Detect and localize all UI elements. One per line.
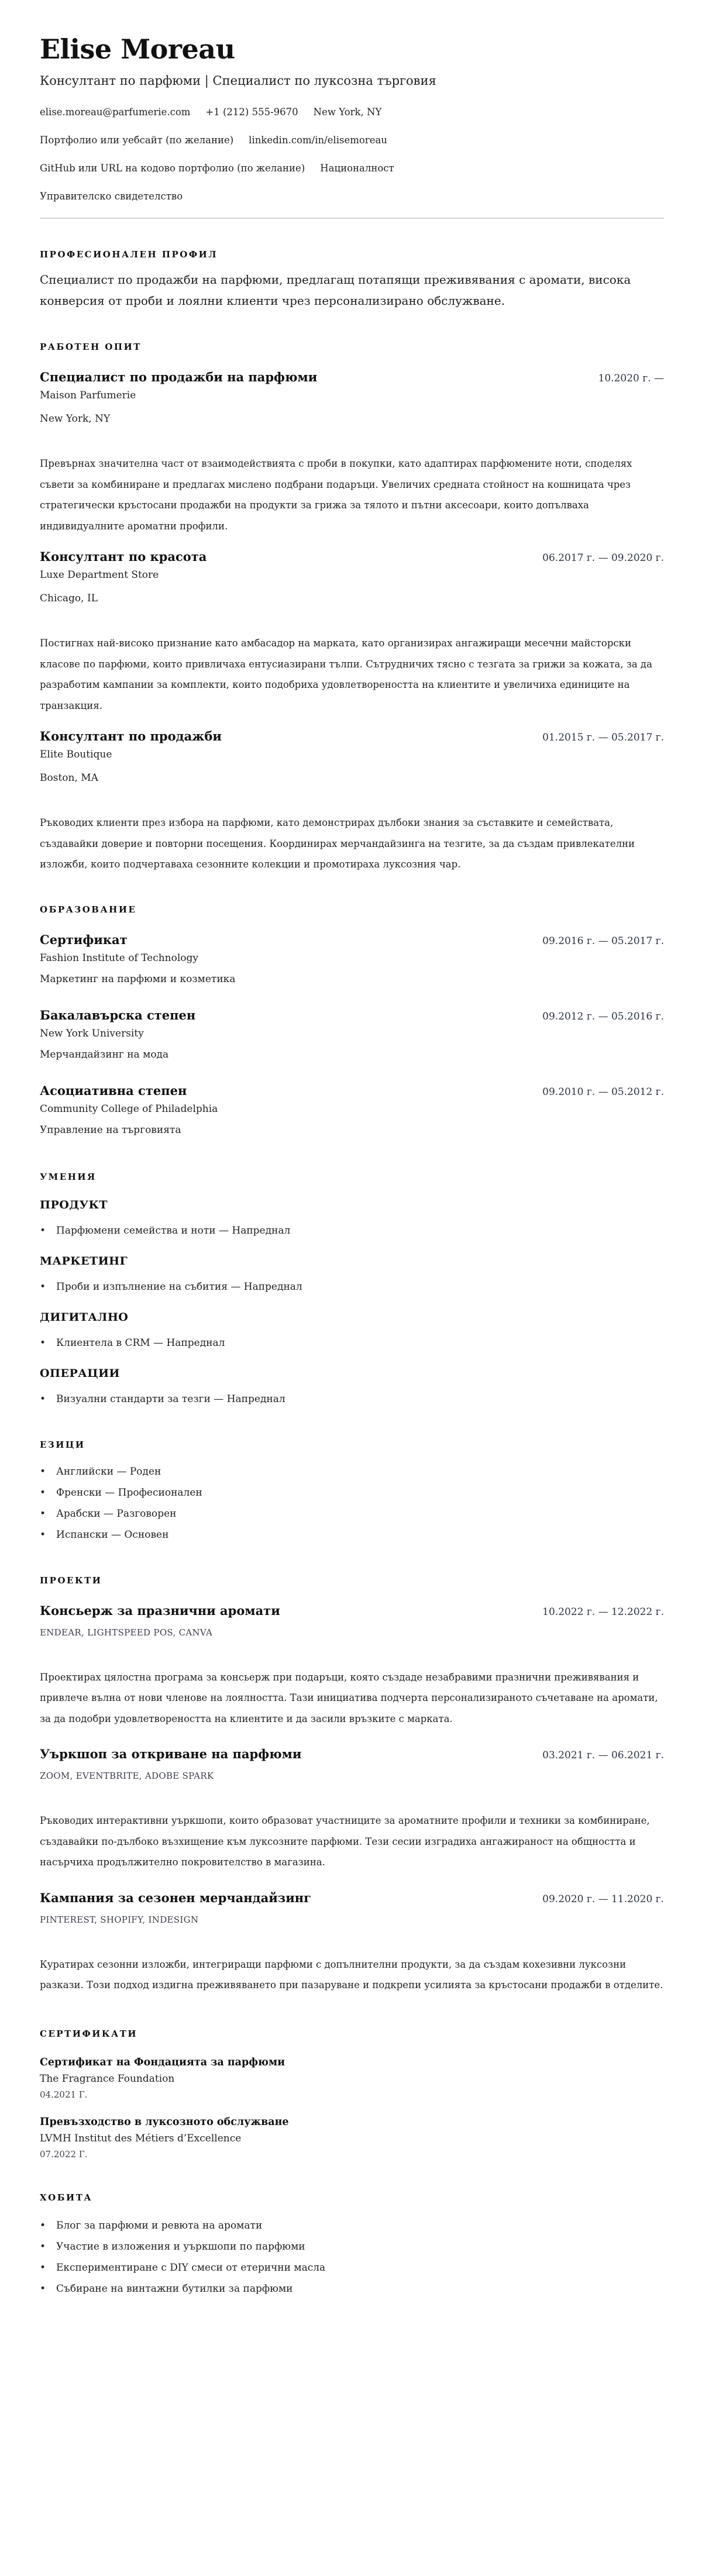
job-dates: 01.2015 г. — 05.2017 г.	[542, 732, 664, 743]
certificates-section: СЕРТИФИКАТИ Сертификат на Фондацията за …	[40, 2029, 664, 2160]
language-item: Френски — Професионален	[40, 1485, 664, 1500]
hobbies-section: ХОБИТА Блог за парфюми и ревюта на арома…	[40, 2192, 664, 2296]
project-title: Консьерж за празнични аромати	[40, 1603, 280, 1618]
skill-group: ОПЕРАЦИИ Визуални стандарти за тезги — Н…	[40, 1367, 664, 1407]
experience-item: Консултант по продажби 01.2015 г. — 05.2…	[40, 729, 664, 875]
school-name: Community College of Philadelphia	[40, 1101, 664, 1117]
certificate-item: Сертификат на Фондацията за парфюми The …	[40, 2057, 664, 2100]
profile-section: ПРОФЕСИОНАЛЕН ПРОФИЛ Специалист по прода…	[40, 249, 664, 311]
entry-header: Специалист по продажби на парфюми 10.202…	[40, 370, 664, 384]
section-heading-hobbies: ХОБИТА	[40, 2192, 664, 2203]
company-name: Luxe Department Store	[40, 567, 664, 583]
project-title: Кампания за сезонен мерчандайзинг	[40, 1890, 311, 1905]
project-dates: 10.2022 г. — 12.2022 г.	[542, 1606, 664, 1618]
entry-header: Кампания за сезонен мерчандайзинг 09.202…	[40, 1890, 664, 1905]
education-dates: 09.2012 г. — 05.2016 г.	[542, 1011, 664, 1022]
entry-header: Уъркшоп за откриване на парфюми 03.2021 …	[40, 1747, 664, 1761]
location-text: New York, NY	[314, 106, 382, 118]
languages-section: ЕЗИЦИ Английски — Роден Френски — Профес…	[40, 1439, 664, 1542]
certificate-title: Сертификат на Фондацията за парфюми	[40, 2057, 664, 2068]
project-description: Проектирах цялостна програма за консьерж…	[40, 1667, 664, 1730]
project-description: Куратирах сезонни изложби, интегриращи п…	[40, 1954, 664, 1996]
hobby-item: Участие в изложения и уъркшопи по парфюм…	[40, 2239, 664, 2254]
skill-group: ПРОДУКТ Парфюмени семейства и ноти — Нап…	[40, 1199, 664, 1238]
education-item: Бакалавърска степен 09.2012 г. — 05.2016…	[40, 1008, 664, 1062]
school-name: Fashion Institute of Technology	[40, 950, 664, 966]
education-item: Сертификат 09.2016 г. — 05.2017 г. Fashi…	[40, 932, 664, 987]
certificate-date: 04.2021 Г.	[40, 2089, 664, 2100]
section-heading-skills: УМЕНИЯ	[40, 1172, 664, 1182]
company-name: Elite Boutique	[40, 747, 664, 762]
phone-text: +1 (212) 555-9670	[205, 106, 298, 118]
project-dates: 03.2021 г. — 06.2021 г.	[542, 1750, 664, 1761]
language-item: Испански — Основен	[40, 1527, 664, 1542]
job-dates: 06.2017 г. — 09.2020 г.	[542, 552, 664, 564]
job-description: Постигнах най-високо признание като амба…	[40, 633, 664, 716]
project-tech-stack: ENDEAR, LIGHTSPEED POS, CANVA	[40, 1627, 664, 1638]
section-heading-education: ОБРАЗОВАНИЕ	[40, 904, 664, 915]
linkedin-link[interactable]: linkedin.com/in/elisemoreau	[249, 135, 387, 146]
job-location: New York, NY	[40, 411, 664, 426]
project-item: Уъркшоп за откриване на парфюми 03.2021 …	[40, 1747, 664, 1873]
entry-header: Бакалавърска степен 09.2012 г. — 05.2016…	[40, 1008, 664, 1022]
skill-item: Парфюмени семейства и ноти — Напреднал	[40, 1223, 664, 1238]
resume-page: Elise Moreau Консултант по парфюми | Спе…	[0, 0, 702, 2332]
entry-header: Консултант по красота 06.2017 г. — 09.20…	[40, 549, 664, 564]
skill-item: Проби и изпълнение на събития — Напредна…	[40, 1279, 664, 1294]
skills-section: УМЕНИЯ ПРОДУКТ Парфюмени семейства и нот…	[40, 1172, 664, 1407]
hobby-item: Блог за парфюми и ревюта на аромати	[40, 2218, 664, 2233]
profile-summary: Специалист по продажби на парфюми, предл…	[40, 269, 660, 311]
project-item: Кампания за сезонен мерчандайзинг 09.202…	[40, 1890, 664, 1996]
skill-list: Парфюмени семейства и ноти — Напреднал	[40, 1223, 664, 1238]
company-name: Maison Parfumerie	[40, 388, 664, 403]
skill-list: Визуални стандарти за тезги — Напреднал	[40, 1392, 664, 1407]
license-text: Управителско свидетелство	[40, 191, 183, 202]
certificate-issuer: The Fragrance Foundation	[40, 2073, 664, 2085]
job-dates: 10.2020 г. —	[598, 373, 664, 384]
projects-section: ПРОЕКТИ Консьерж за празнични аромати 10…	[40, 1575, 664, 1996]
experience-section: РАБОТЕН ОПИТ Специалист по продажби на п…	[40, 342, 664, 875]
project-dates: 09.2020 г. — 11.2020 г.	[542, 1893, 664, 1905]
entry-header: Консьерж за празнични аромати 10.2022 г.…	[40, 1603, 664, 1618]
experience-item: Консултант по красота 06.2017 г. — 09.20…	[40, 549, 664, 716]
nationality-text: Националност	[320, 163, 394, 174]
hobby-item: Събиране на винтажни бутилки за парфюми	[40, 2281, 664, 2296]
candidate-name: Elise Moreau	[40, 34, 664, 65]
skill-list: Клиентела в CRM — Напреднал	[40, 1335, 664, 1351]
education-dates: 09.2010 г. — 05.2012 г.	[542, 1086, 664, 1098]
job-location: Boston, MA	[40, 770, 664, 786]
job-location: Chicago, IL	[40, 591, 664, 606]
project-item: Консьерж за празнични аромати 10.2022 г.…	[40, 1603, 664, 1730]
experience-item: Специалист по продажби на парфюми 10.202…	[40, 370, 664, 536]
contact-line: GitHub или URL на кодово портфолио (по ж…	[40, 161, 664, 175]
contact-block: elise.moreau@parfumerie.com+1 (212) 555-…	[40, 105, 664, 204]
contact-line: Портфолио или уебсайт (по желание)linked…	[40, 133, 664, 147]
skill-item: Визуални стандарти за тезги — Напреднал	[40, 1392, 664, 1407]
section-heading-certificates: СЕРТИФИКАТИ	[40, 2029, 664, 2039]
certificate-item: Превъзходство в луксозното обслужване LV…	[40, 2116, 664, 2160]
project-description: Ръководих интерактивни уъркшопи, които о…	[40, 1810, 664, 1873]
job-title: Специалист по продажби на парфюми	[40, 370, 317, 384]
job-description: Превърнах значителна част от взаимодейст…	[40, 453, 664, 536]
github-link[interactable]: GitHub или URL на кодово портфолио (по ж…	[40, 163, 305, 174]
section-heading-projects: ПРОЕКТИ	[40, 1575, 664, 1586]
skill-group-name: ДИГИТАЛНО	[40, 1311, 664, 1324]
project-tech-stack: ZOOM, EVENTBRITE, ADOBE SPARK	[40, 1771, 664, 1781]
section-heading-profile: ПРОФЕСИОНАЛЕН ПРОФИЛ	[40, 249, 664, 260]
degree: Бакалавърска степен	[40, 1008, 195, 1022]
entry-header: Сертификат 09.2016 г. — 05.2017 г.	[40, 932, 664, 947]
field-of-study: Мерчандайзинг на мода	[40, 1047, 664, 1062]
section-heading-languages: ЕЗИЦИ	[40, 1439, 664, 1450]
email-link[interactable]: elise.moreau@parfumerie.com	[40, 106, 190, 118]
header-divider	[40, 218, 664, 219]
skill-group-name: МАРКЕТИНГ	[40, 1255, 664, 1268]
field-of-study: Управление на търговията	[40, 1122, 664, 1138]
job-title: Консултант по продажби	[40, 729, 222, 743]
hobby-item: Експериментиране с DIY смеси от етерични…	[40, 2260, 664, 2275]
education-item: Асоциативна степен 09.2010 г. — 05.2012 …	[40, 1083, 664, 1138]
project-tech-stack: PINTEREST, SHOPIFY, INDESIGN	[40, 1914, 664, 1925]
section-heading-experience: РАБОТЕН ОПИТ	[40, 342, 664, 352]
field-of-study: Маркетинг на парфюми и козметика	[40, 972, 664, 987]
certificate-issuer: LVMH Institut des Métiers d’Excellence	[40, 2133, 664, 2144]
job-description: Ръководих клиенти през избора на парфюми…	[40, 812, 664, 875]
certificate-title: Превъзходство в луксозното обслужване	[40, 2116, 664, 2128]
certificate-date: 07.2022 Г.	[40, 2149, 664, 2160]
education-section: ОБРАЗОВАНИЕ Сертификат 09.2016 г. — 05.2…	[40, 904, 664, 1138]
entry-header: Асоциативна степен 09.2010 г. — 05.2012 …	[40, 1083, 664, 1098]
hobby-list: Блог за парфюми и ревюта на аромати Учас…	[40, 2218, 664, 2296]
skill-item: Клиентела в CRM — Напреднал	[40, 1335, 664, 1351]
skill-group-name: ПРОДУКТ	[40, 1199, 664, 1211]
skill-group: ДИГИТАЛНО Клиентела в CRM — Напреднал	[40, 1311, 664, 1351]
entry-header: Консултант по продажби 01.2015 г. — 05.2…	[40, 729, 664, 743]
language-item: Арабски — Разговорен	[40, 1506, 664, 1521]
project-title: Уъркшоп за откриване на парфюми	[40, 1747, 302, 1761]
candidate-title: Консултант по парфюми | Специалист по лу…	[40, 73, 664, 89]
contact-line: elise.moreau@parfumerie.com+1 (212) 555-…	[40, 105, 664, 119]
degree: Асоциативна степен	[40, 1083, 187, 1098]
language-list: Английски — Роден Френски — Професионале…	[40, 1464, 664, 1542]
language-item: Английски — Роден	[40, 1464, 664, 1479]
school-name: New York University	[40, 1026, 664, 1041]
skill-group: МАРКЕТИНГ Проби и изпълнение на събития …	[40, 1255, 664, 1294]
skill-group-name: ОПЕРАЦИИ	[40, 1367, 664, 1380]
job-title: Консултант по красота	[40, 549, 207, 564]
contact-line: Управителско свидетелство	[40, 190, 664, 204]
skill-list: Проби и изпълнение на събития — Напредна…	[40, 1279, 664, 1294]
resume-header: Elise Moreau Консултант по парфюми | Спе…	[40, 34, 664, 219]
education-dates: 09.2016 г. — 05.2017 г.	[542, 935, 664, 947]
portfolio-link[interactable]: Портфолио или уебсайт (по желание)	[40, 135, 233, 146]
degree: Сертификат	[40, 932, 128, 947]
